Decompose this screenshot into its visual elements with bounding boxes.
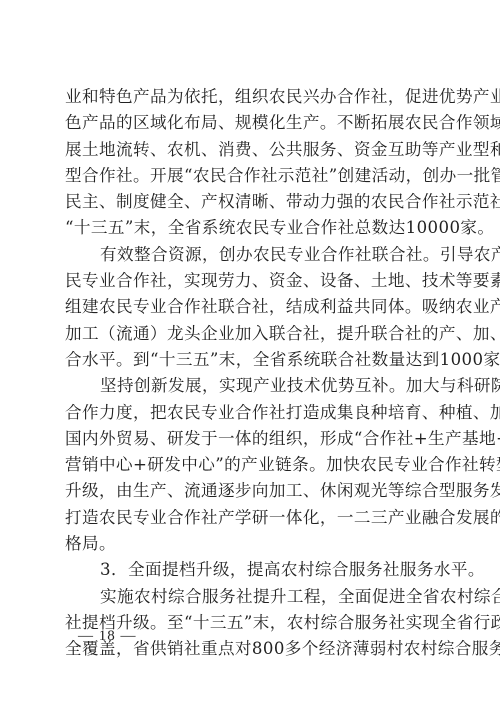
text-line: 型合作社。开展“农民合作社示范社”创建活动，创办一批管理 (65, 163, 437, 189)
text-line: 国内外贸易、研发于一体的组织，形成“合作社+生产基地+ (65, 426, 437, 452)
text-line: 合水平。到“十三五”末，全省系统联合社数量达到1000家。 (65, 347, 437, 373)
text-line: “十三五”末，全省系统农民专业合作社总数达10000家。 (65, 215, 437, 241)
paragraph-start-line: 坚持创新发展，实现产业技术优势互补。加大与科研院所 (65, 373, 437, 399)
text-line: 格局。 (65, 531, 437, 557)
text-line: 升级，由生产、流通逐步向加工、休闲观光等综合型服务发展， (65, 478, 437, 504)
text-line: 加工（流通）龙头企业加入联合社，提升联合社的产、加、销综 (65, 321, 437, 347)
text-line: 民专业合作社，实现劳力、资金、设备、土地、技术等要素集聚， (65, 268, 437, 294)
text-line: 营销中心+研发中心”的产业链条。加快农民专业合作社转型 (65, 452, 437, 478)
text-line: 组建农民专业合作社联合社，结成利益共同体。吸纳农业产业化 (65, 294, 437, 320)
paragraph-start-line: 有效整合资源，创办农民专业合作社联合社。引导农产品农 (65, 242, 437, 268)
text-line: 打造农民专业合作社产学研一体化，一二三产业融合发展的新 (65, 505, 437, 531)
page-number: — 18 — (78, 628, 137, 645)
text-line: 业和特色产品为依托，组织农民兴办合作社，促进优势产业、特 (65, 84, 437, 110)
text-line: 展土地流转、农机、消费、公共服务、资金互助等产业型和服务 (65, 137, 437, 163)
paragraph-start-line: 实施农村综合服务社提升工程，全面促进全省农村综合服务 (65, 584, 437, 610)
text-line: 色产品的区域化布局、规模化生产。不断拓展农民合作领域，发 (65, 110, 437, 136)
document-page: 业和特色产品为依托，组织农民兴办合作社，促进优势产业、特 色产品的区域化布局、规… (0, 0, 500, 707)
section-heading: 3．全面提档升级，提高农村综合服务社服务水平。 (65, 557, 437, 583)
text-line: 民主、制度健全、产权清晰、带动力强的农民合作社示范社。到 (65, 189, 437, 215)
text-line: 合作力度，把农民专业合作社打造成集良种培育、种植、加工、 (65, 400, 437, 426)
body-text: 业和特色产品为依托，组织农民兴办合作社，促进优势产业、特 色产品的区域化布局、规… (65, 84, 437, 663)
